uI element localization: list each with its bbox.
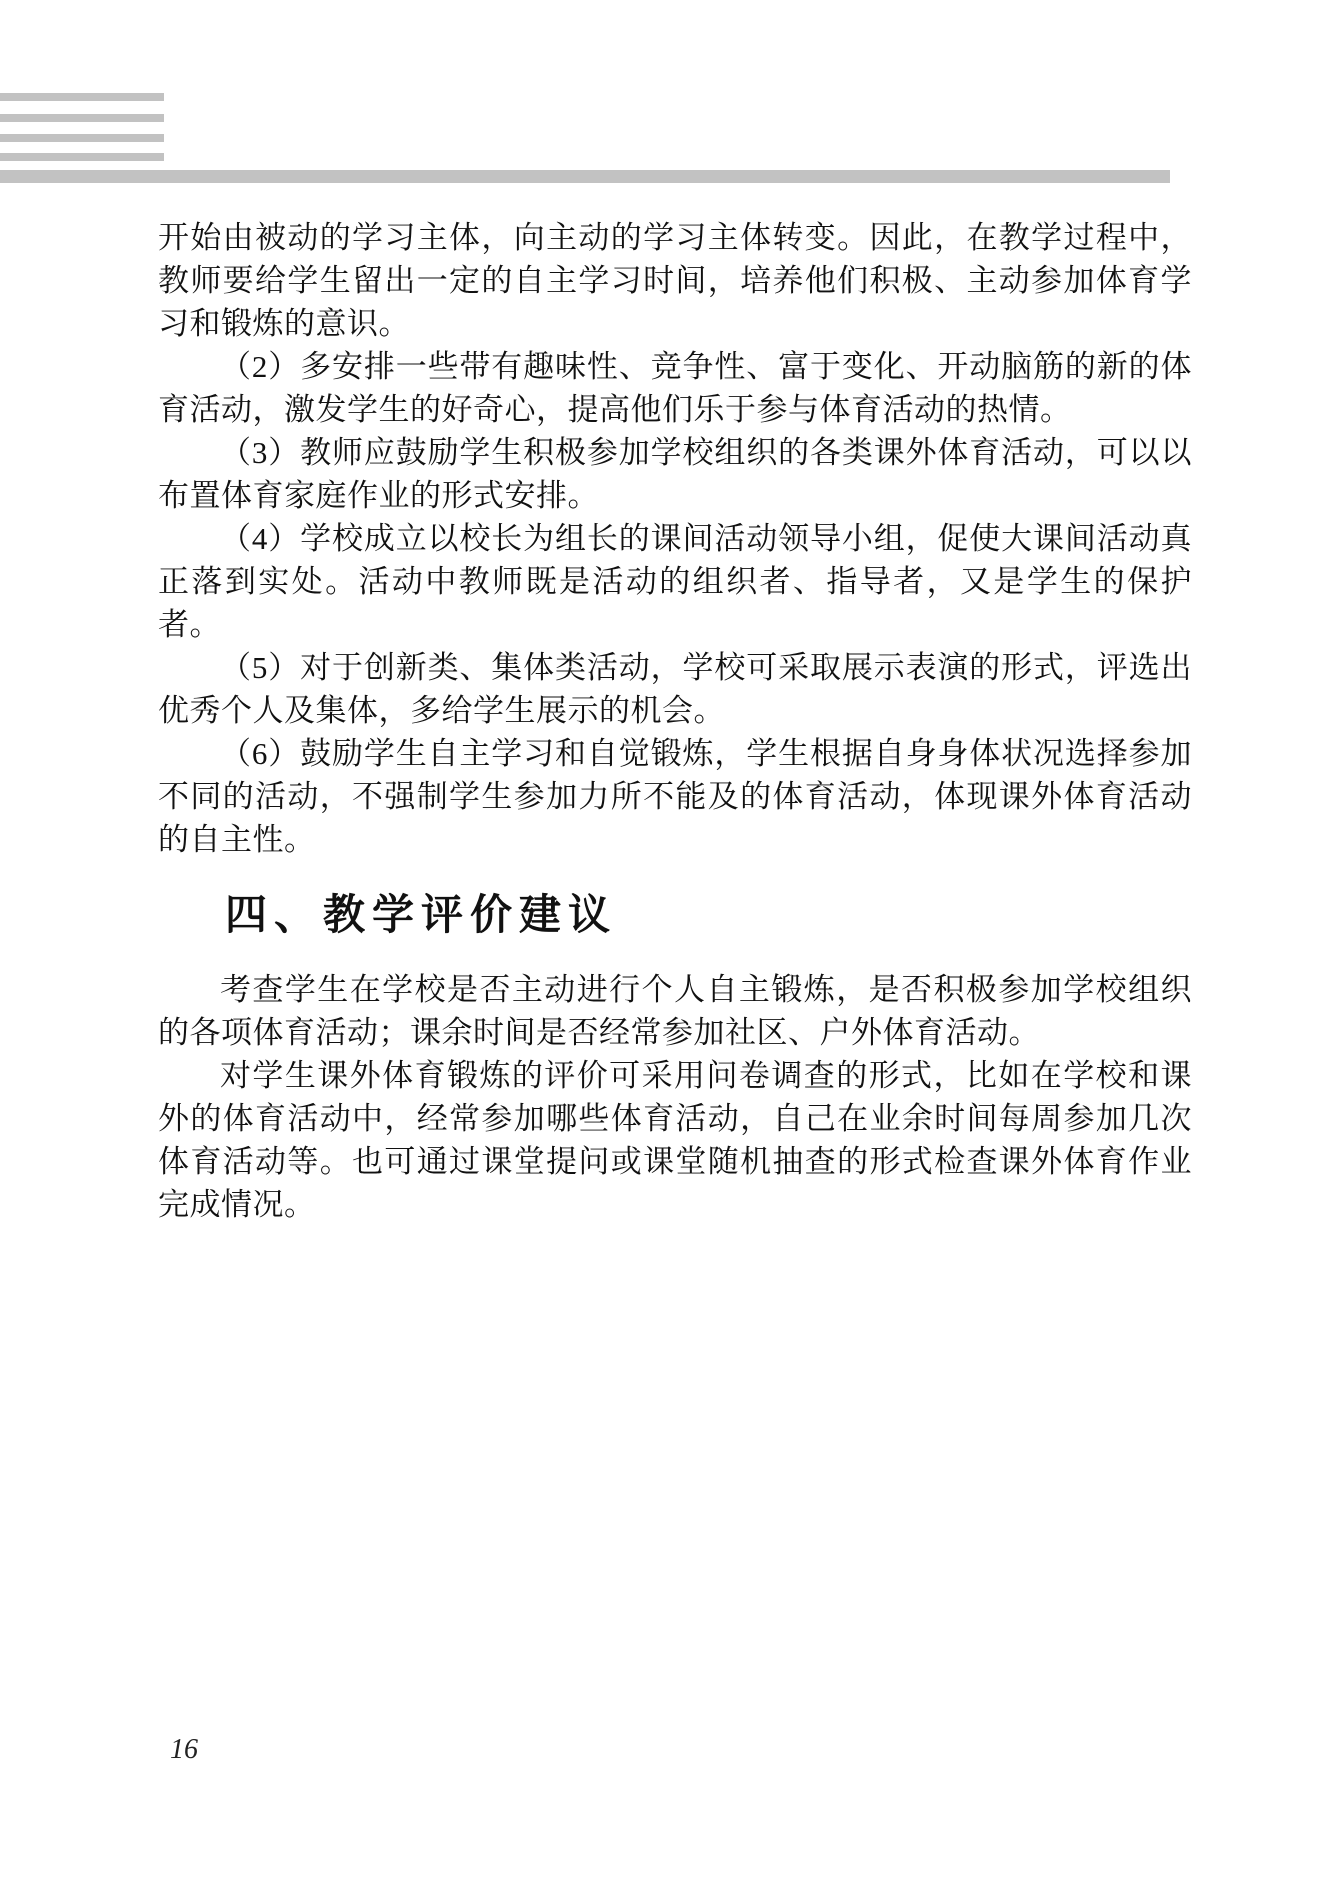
document-page: 开始由被动的学习主体，向主动的学习主体转变。因此，在教学过程中，教师要给学生留出… bbox=[0, 0, 1331, 1884]
paragraph-continuation: 开始由被动的学习主体，向主动的学习主体转变。因此，在教学过程中，教师要给学生留出… bbox=[158, 216, 1192, 345]
paragraph-item-5: （5）对于创新类、集体类活动，学校可采取展示表演的形式，评选出优秀个人及集体，多… bbox=[158, 646, 1192, 732]
paragraph-item-4: （4）学校成立以校长为组长的课间活动领导小组，促使大课间活动真正落到实处。活动中… bbox=[158, 517, 1192, 646]
header-bar-1 bbox=[0, 93, 164, 101]
section-heading: 四、教学评价建议 bbox=[225, 888, 1192, 944]
paragraph-item-2: （2）多安排一些带有趣味性、竞争性、富于变化、开动脑筋的新的体育活动，激发学生的… bbox=[158, 345, 1192, 431]
header-bar-2 bbox=[0, 114, 164, 122]
paragraph-item-3: （3）教师应鼓励学生积极参加学校组织的各类课外体育活动，可以以布置体育家庭作业的… bbox=[158, 431, 1192, 517]
header-bar-3 bbox=[0, 134, 164, 142]
paragraph-item-6: （6）鼓励学生自主学习和自觉锻炼，学生根据自身身体状况选择参加不同的活动，不强制… bbox=[158, 732, 1192, 861]
paragraph-evaluation-1: 考查学生在学校是否主动进行个人自主锻炼，是否积极参加学校组织的各项体育活动；课余… bbox=[158, 968, 1192, 1054]
header-bar-4 bbox=[0, 153, 164, 161]
paragraph-evaluation-2: 对学生课外体育锻炼的评价可采用问卷调查的形式，比如在学校和课外的体育活动中，经常… bbox=[158, 1054, 1192, 1226]
page-number: 16 bbox=[170, 1734, 198, 1766]
page-body: 开始由被动的学习主体，向主动的学习主体转变。因此，在教学过程中，教师要给学生留出… bbox=[158, 216, 1192, 1226]
header-rule-bar bbox=[0, 170, 1170, 183]
